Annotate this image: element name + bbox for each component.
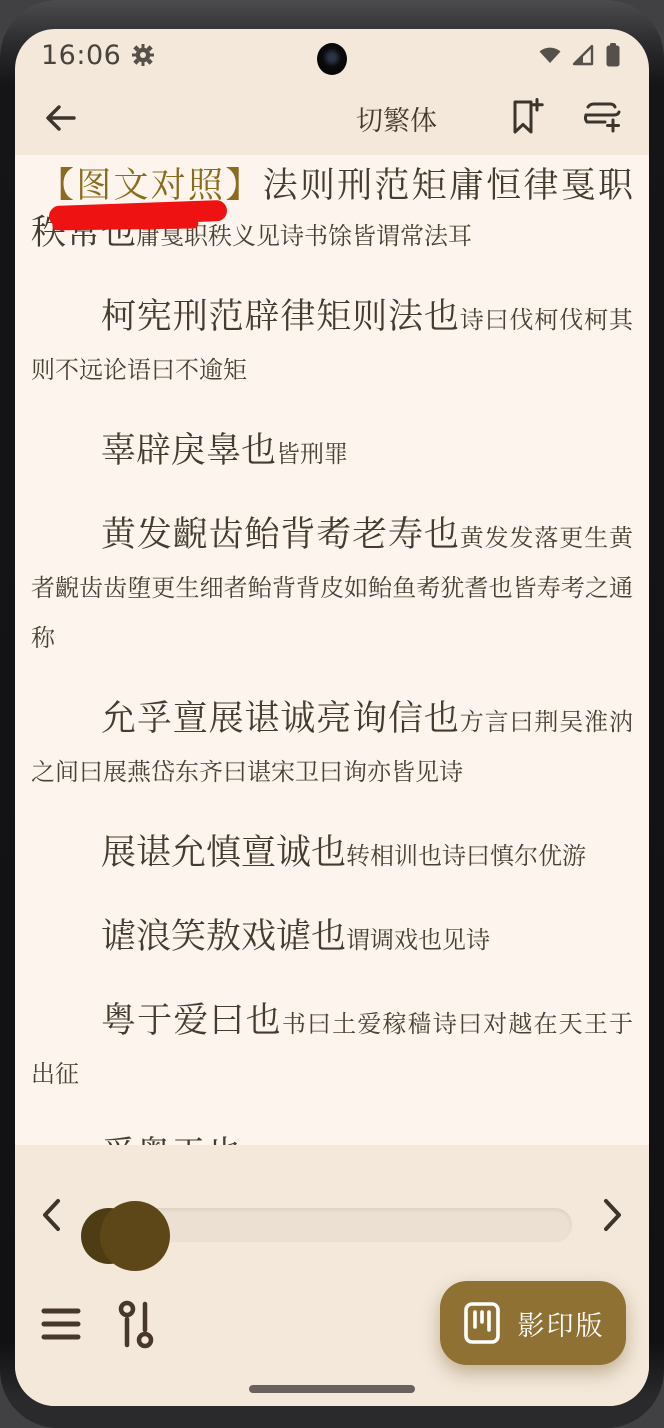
facsimile-page-icon [462,1300,502,1346]
back-button[interactable] [41,100,79,136]
clock: 16:06 [41,40,121,71]
camera-punch-hole [317,43,347,75]
text-flow: 【图文对照】法则刑范矩庸恒律戛职秩常也庸戛职秩义见诗书馀皆谓常法耳 柯宪刑范辟律… [31,163,633,1145]
entry-text: 柯宪刑范辟律矩则法也 [101,297,460,337]
text-paragraph: 粤于爱曰也书曰土爱稼穑诗曰对越在天王于出征 [31,998,633,1098]
battery-icon [603,41,623,69]
convert-traditional-button[interactable]: 切繁体 [356,99,437,138]
text-paragraph: 爱粤于也转相训 [31,1132,633,1145]
illustrated-mode-badge: 【图文对照】 [39,166,263,206]
catalog-menu-button[interactable] [40,1305,82,1343]
commentary-text: 皆刑罪 [276,440,348,468]
hamburger-menu-icon [40,1305,82,1343]
bottom-control-panel: 影印版 [15,1145,649,1406]
commentary-text: 谓调戏也见诗 [346,926,490,954]
device-frame: 16:06 [0,0,664,1428]
text-paragraph: 展谌允慎亶诚也转相训也诗曰慎尔优游 [31,830,633,880]
next-page-button[interactable] [597,1195,627,1235]
entry-text: 展谌允慎亶诚也 [101,833,346,873]
text-paragraph: 谑浪笑敖戏谑也谓调戏也见诗 [31,914,633,964]
facsimile-button-label: 影印版 [518,1304,605,1343]
facsimile-version-button[interactable]: 影印版 [440,1281,626,1365]
bottom-toolbar: 影印版 [15,1275,649,1375]
gear-icon [131,43,155,67]
status-bar: 16:06 [15,29,649,81]
chevron-right-icon [597,1195,627,1235]
page-slider-row [15,1173,649,1253]
entry-text: 允孚亶展谌诚亮询信也 [101,699,460,739]
app-bar: 切繁体 [15,85,649,151]
page-progress-thumb[interactable] [100,1201,170,1271]
text-paragraph: 柯宪刑范辟律矩则法也诗曰伐柯伐柯其则不远论语曰不逾矩 [31,294,633,394]
entry-text: 黄发齯齿鲐背耇老寿也 [101,515,460,555]
entry-text: 谑浪笑敖戏谑也 [101,917,346,957]
add-to-bookshelf-button[interactable] [581,97,623,139]
chevron-left-icon [37,1195,67,1235]
reading-area[interactable]: 【图文对照】法则刑范矩庸恒律戛职秩常也庸戛职秩义见诗书馀皆谓常法耳 柯宪刑范辟律… [15,155,649,1145]
text-paragraph: 允孚亶展谌诚亮询信也方言曰荆吴淮汭之间曰展燕岱东齐曰谌宋卫曰询亦皆见诗 [31,696,633,796]
text-paragraph: 辜辟戾辠也皆刑罪 [31,428,633,478]
display-settings-button[interactable] [115,1297,157,1353]
bookmark-add-icon [507,97,545,139]
wifi-icon [537,42,563,68]
cell-signal-icon [570,42,596,68]
entry-text: 爱粤于也 [101,1135,241,1145]
arrow-left-icon [41,100,79,136]
tune-sliders-icon [115,1297,157,1353]
entry-text: 粤于爱曰也 [101,1001,282,1041]
app-screen: 16:06 [15,29,649,1406]
entry-text: 辜辟戾辠也 [101,431,276,471]
text-paragraph: 黄发齯齿鲐背耇老寿也黄发发落更生黄者齯齿齿堕更生细者鲐背背皮如鲐鱼耇犹耆也皆寿考… [31,512,633,662]
bookshelf-add-icon [581,97,623,139]
gesture-navigation-bar[interactable] [249,1385,415,1393]
bookmark-add-button[interactable] [507,97,545,139]
previous-page-button[interactable] [37,1195,67,1235]
commentary-text: 转相训也诗曰慎尔优游 [346,842,586,870]
